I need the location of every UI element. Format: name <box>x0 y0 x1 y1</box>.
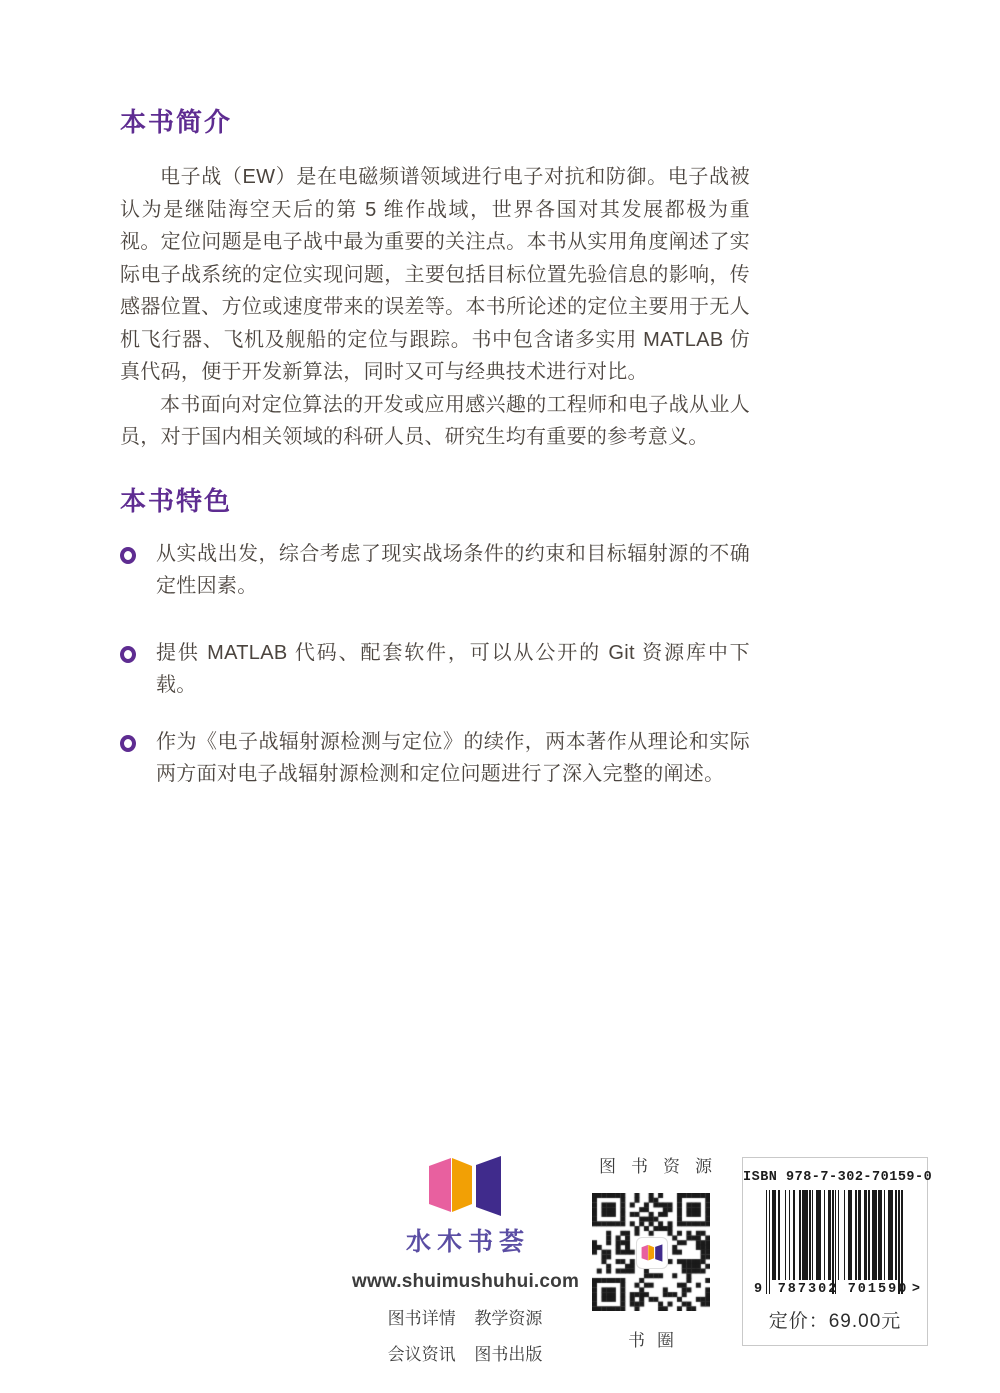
barcode-digits: 9 787302 701590 > <box>754 1280 916 1300</box>
features-list: 从实战出发，综合考虑了现实战场条件的约束和目标辐射源的不确定性因素。 提供 MA… <box>120 538 750 791</box>
features-heading: 本书特色 <box>120 485 750 517</box>
qr-caption: 书圈 <box>584 1326 718 1351</box>
feature-text: 作为《电子战辐射源检测与定位》的续作，两本著作从理论和实际两方面对电子战辐射源检… <box>156 726 750 791</box>
publisher-link: 教学资源 <box>474 1309 542 1328</box>
qr-title: 图书资源 <box>584 1152 718 1177</box>
publisher-links-row: 会议资讯 图书出版 <box>352 1340 578 1365</box>
barcode-digit-group: 787302 <box>776 1282 840 1297</box>
publisher-website: www.shuimushuhui.com <box>352 1271 578 1293</box>
back-cover-text: 本书简介 电子战（EW）是在电磁频谱领域进行电子对抗和防御。电子战被认为是继陆海… <box>120 106 750 825</box>
qr-center-logo-icon <box>636 1237 668 1269</box>
intro-paragraphs: 电子战（EW）是在电磁频谱领域进行电子对抗和防御。电子战被认为是继陆海空天后的第… <box>120 161 750 454</box>
book-back-cover: 本书简介 电子战（EW）是在电磁频谱领域进行电子对抗和防御。电子战被认为是继陆海… <box>0 0 1000 1393</box>
publisher-name: 水木书荟 <box>352 1222 578 1258</box>
qr-code <box>592 1193 710 1311</box>
publisher-links-row: 图书详情 教学资源 <box>352 1304 578 1329</box>
barcode-digit-group: 9 <box>754 1282 762 1297</box>
isbn-number: ISBN 978-7-302-70159-0 <box>743 1170 927 1185</box>
publisher-link: 会议资讯 <box>388 1345 456 1364</box>
feature-item: 从实战出发，综合考虑了现实战场条件的约束和目标辐射源的不确定性因素。 <box>120 538 750 603</box>
publisher-block: 水木书荟 www.shuimushuhui.com 图书详情 教学资源 会议资讯… <box>352 1156 578 1365</box>
ean13-barcode: 9 787302 701590 > <box>754 1190 916 1300</box>
price-label: 定价：69.00元 <box>743 1306 927 1333</box>
publisher-link: 图书出版 <box>474 1345 542 1364</box>
feature-item: 作为《电子战辐射源检测与定位》的续作，两本著作从理论和实际两方面对电子战辐射源检… <box>120 726 750 791</box>
qr-block: 图书资源 书圈 <box>584 1152 718 1351</box>
intro-paragraph-2: 本书面向对定位算法的开发或应用感兴趣的工程师和电子战从业人员，对于国内相关领域的… <box>120 389 750 454</box>
feature-item: 提供 MATLAB 代码、配套软件，可以从公开的 Git 资源库中下载。 <box>120 637 750 702</box>
publisher-link: 图书详情 <box>388 1309 456 1328</box>
barcode-bars <box>766 1190 903 1294</box>
barcode-digit-group: > <box>912 1282 920 1297</box>
barcode-digit-group: 701590 <box>846 1282 910 1297</box>
barcode-box: ISBN 978-7-302-70159-0 9 787302 701590 >… <box>742 1157 928 1346</box>
bullet-ring-icon <box>120 646 136 663</box>
intro-paragraph-1: 电子战（EW）是在电磁频谱领域进行电子对抗和防御。电子战被认为是继陆海空天后的第… <box>120 161 750 389</box>
shuimu-logo-mini-icon <box>641 1244 663 1262</box>
shuimu-logo-icon <box>427 1156 503 1216</box>
bullet-ring-icon <box>120 735 136 752</box>
intro-heading: 本书简介 <box>120 106 750 138</box>
feature-text: 提供 MATLAB 代码、配套软件，可以从公开的 Git 资源库中下载。 <box>156 637 750 702</box>
feature-text: 从实战出发，综合考虑了现实战场条件的约束和目标辐射源的不确定性因素。 <box>156 538 750 603</box>
bullet-ring-icon <box>120 547 136 564</box>
